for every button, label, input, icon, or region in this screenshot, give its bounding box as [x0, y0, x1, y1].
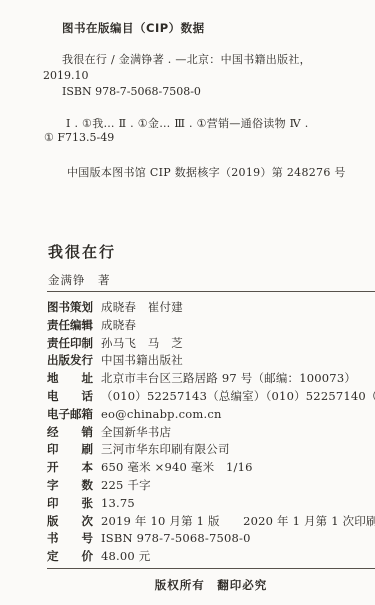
- colophon-row-label: 印 张: [47, 495, 95, 511]
- colophon-row: 经 销 全国新华书店: [47, 424, 375, 442]
- colophon-row-value: 三河市华东印刷有限公司: [101, 441, 230, 457]
- copyright-page: 图书在版编目（CIP）数据 我很在行 / 金满铮著 . —北京：中国书籍出版社，…: [0, 0, 375, 605]
- colophon-row-label: 书 号: [47, 530, 95, 546]
- colophon-row: 图书策划 成晓春 崔付建: [47, 299, 375, 317]
- colophon-row-label: 责任印制: [47, 335, 95, 351]
- colophon-row-value: 225 千字: [101, 477, 151, 493]
- colophon-row: 责任印制 孙马飞 马 芝: [47, 335, 375, 353]
- colophon-row-label: 印 刷: [47, 441, 95, 457]
- colophon-row-label: 电子邮箱: [47, 406, 95, 422]
- colophon-row-value: 中国书籍出版社: [101, 352, 183, 368]
- cip-isbn-line: ISBN 978-7-5068-7508-0: [62, 85, 201, 98]
- colophon-row-value: 2019 年 10 月第 1 版 2020 年 1 月第 1 次印刷: [101, 513, 375, 529]
- colophon-row-label: 责任编辑: [47, 317, 95, 333]
- colophon-row-label: 电 话: [47, 388, 95, 404]
- colophon-row: 责任编辑 成晓春: [47, 317, 375, 335]
- colophon-row-label: 经 销: [47, 424, 95, 440]
- colophon-row-value: eo@chinabp.com.cn: [101, 407, 222, 421]
- colophon-row-value: 成晓春: [101, 317, 136, 333]
- colophon-row-label: 地 址: [47, 370, 95, 386]
- colophon-row-label: 出版发行: [47, 352, 95, 368]
- colophon-row: 字 数 225 千字: [47, 477, 375, 495]
- colophon-row-value: （010）52257143（总编室）（010）52257140（发行部）: [101, 388, 375, 404]
- divider-rule-top: [47, 291, 375, 292]
- colophon-row: 出版发行 中国书籍出版社: [47, 352, 375, 370]
- colophon-row: 地 址 北京市丰台区三路居路 97 号（邮编：100073）: [47, 370, 375, 388]
- cip-classification-line2: ① F713.5-49: [44, 131, 114, 144]
- book-title: 我很在行: [48, 241, 116, 262]
- copyright-notice: 版权所有 翻印必究: [47, 577, 375, 593]
- colophon-row-value: 成晓春 崔付建: [101, 299, 183, 315]
- colophon-row: 印 张 13.75: [47, 495, 375, 513]
- colophon-row: 书 号 ISBN 978-7-5068-7508-0: [47, 530, 375, 548]
- colophon-row-value: 650 毫米 ×940 毫米 1/16: [101, 459, 253, 475]
- book-author: 金满铮 著: [48, 272, 111, 288]
- colophon-row: 电 话 （010）52257143（总编室）（010）52257140（发行部）: [47, 388, 375, 406]
- colophon-row-label: 开 本: [47, 459, 95, 475]
- divider-rule-bottom: [47, 568, 375, 569]
- colophon-row: 开 本 650 毫米 ×940 毫米 1/16: [47, 459, 375, 477]
- colophon-row-value: 全国新华书店: [101, 424, 171, 440]
- cip-heading: 图书在版编目（CIP）数据: [62, 20, 205, 36]
- colophon-row-value: 北京市丰台区三路居路 97 号（邮编：100073）: [101, 370, 356, 386]
- colophon-row-value: 48.00 元: [101, 548, 150, 564]
- colophon-row-value: 孙马飞 马 芝: [101, 335, 183, 351]
- colophon-row-label: 定 价: [47, 548, 95, 564]
- colophon-row-label: 版 次: [47, 513, 95, 529]
- colophon-row: 版 次 2019 年 10 月第 1 版 2020 年 1 月第 1 次印刷: [47, 513, 375, 531]
- colophon-row: 定 价 48.00 元: [47, 548, 375, 566]
- colophon-table: 图书策划 成晓春 崔付建 责任编辑 成晓春 责任印制 孙马飞 马 芝 出版发行 …: [47, 299, 375, 566]
- colophon-row-label: 图书策划: [47, 299, 95, 315]
- colophon-row-value: ISBN 978-7-5068-7508-0: [101, 531, 251, 545]
- colophon-row-value: 13.75: [101, 496, 135, 510]
- cip-entry-line2: 2019.10: [43, 69, 89, 82]
- cip-registry-line: 中国版本图书馆 CIP 数据核字（2019）第 248276 号: [67, 164, 346, 180]
- colophon-row: 印 刷 三河市华东印刷有限公司: [47, 441, 375, 459]
- colophon-row-label: 字 数: [47, 477, 95, 493]
- cip-classification-line1: Ⅰ . ①我… Ⅱ . ①金… Ⅲ . ①营销—通俗读物 Ⅳ .: [66, 115, 309, 131]
- colophon-row: 电子邮箱 eo@chinabp.com.cn: [47, 406, 375, 424]
- cip-entry-line1: 我很在行 / 金满铮著 . —北京：中国书籍出版社，: [62, 51, 311, 67]
